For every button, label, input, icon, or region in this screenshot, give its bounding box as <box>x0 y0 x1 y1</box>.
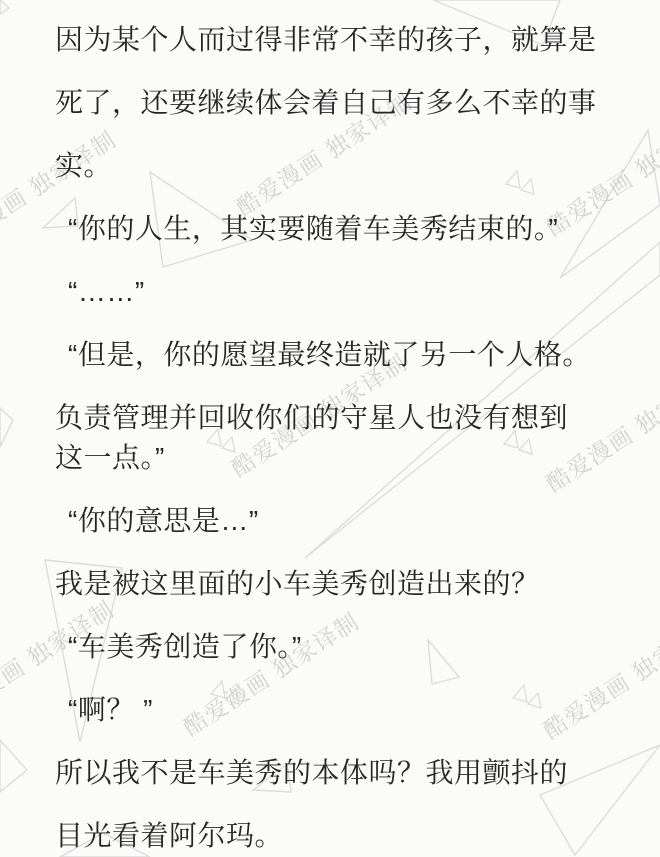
text-line: 负责管理并回收你们的守星人也没有想到 <box>55 403 660 433</box>
text-line: “啊？ ” <box>55 695 660 725</box>
text-line: 因为某个人而过得非常不幸的孩子，就算是 <box>55 25 660 55</box>
text-line: “但是，你的愿望最终造就了另一个人格。 <box>55 340 660 370</box>
text-block: 因为某个人而过得非常不幸的孩子，就算是死了，还要继续体会着自己有多么不幸的事实。… <box>0 0 660 857</box>
text-line: “你的意思是…” <box>55 506 660 536</box>
page: 酷爱漫画 独家译制 酷爱漫画 独家译制 酷爱漫画 独家译制 酷爱漫画 独家译制 … <box>0 0 660 857</box>
text-line: “车美秀创造了你。” <box>55 632 660 662</box>
text-line: “……” <box>55 277 660 307</box>
text-line: 死了，还要继续体会着自己有多么不幸的事 <box>55 88 660 118</box>
text-line: “你的人生，其实要随着车美秀结束的。” <box>55 214 660 244</box>
text-line: 我是被这里面的小车美秀创造出来的？ <box>55 569 660 599</box>
text-line: 所以我不是车美秀的本体吗？我用颤抖的 <box>55 758 660 788</box>
text-line: 实。 <box>55 151 660 181</box>
text-line: 这一点。” <box>55 443 660 473</box>
text-line: 目光看着阿尔玛。 <box>55 821 660 851</box>
